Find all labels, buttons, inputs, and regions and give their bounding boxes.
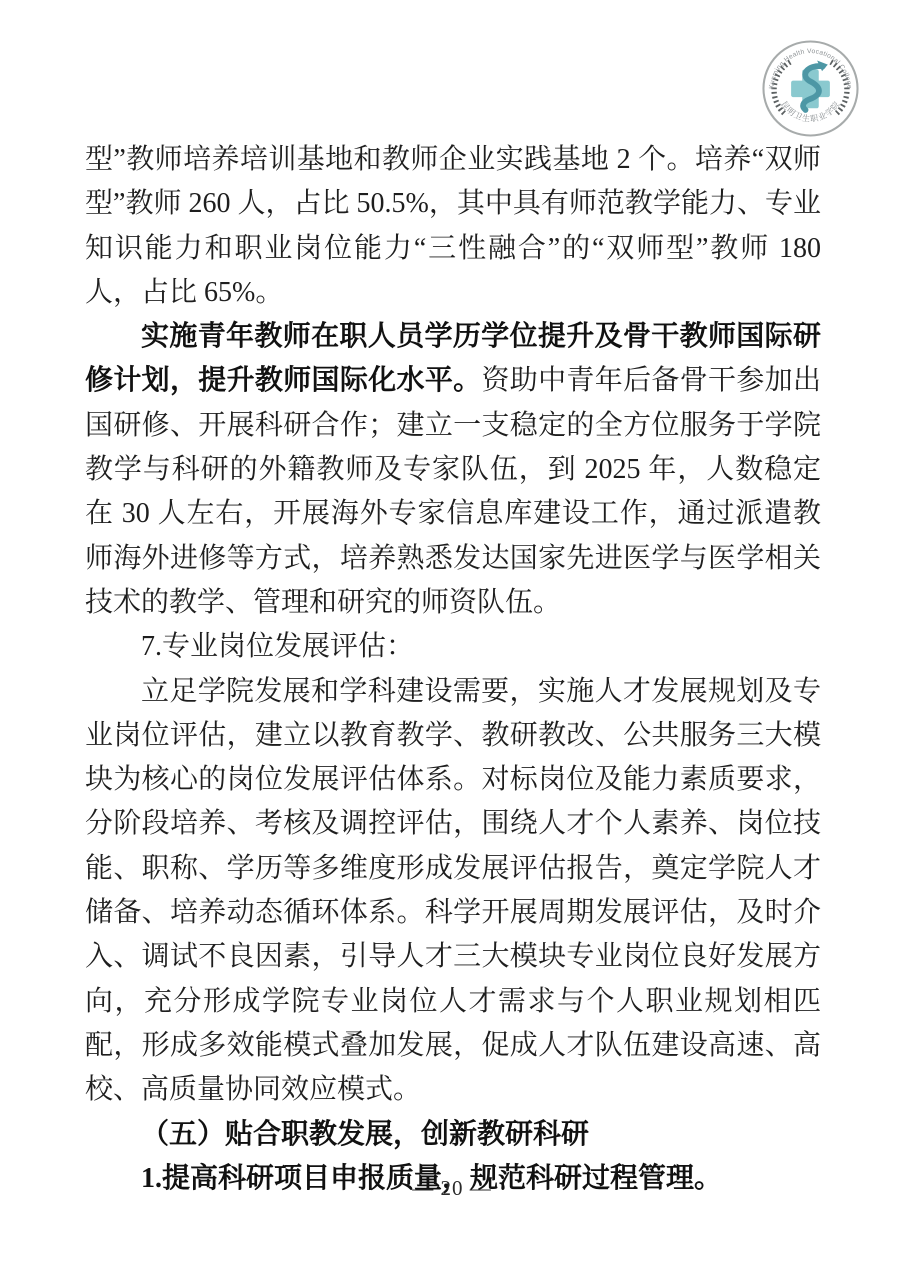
- paragraph-dual-teacher-stats: 型”教师培养培训基地和教师企业实践基地 2 个。培养“双师型”教师 260 人，…: [85, 138, 821, 315]
- document-body: 型”教师培养培训基地和教师企业实践基地 2 个。培养“双师型”教师 260 人，…: [85, 138, 821, 1201]
- heading-post-development-evaluation: 7.专业岗位发展评估：: [85, 625, 821, 669]
- heading-post-development-evaluation-segment: 7.专业岗位发展评估：: [141, 631, 414, 662]
- document-page: Kunming Health Vocational College 昆明卫生职业…: [0, 0, 904, 1280]
- paragraph-post-development-evaluation-segment: 立足学院发展和学科建设需要，实施人才发展规划及专业岗位评估，建立以教育教学、教研…: [85, 676, 821, 1106]
- heading-section-five-bold-segment: （五）贴合职教发展，创新教研科研: [141, 1119, 589, 1150]
- college-logo: Kunming Health Vocational College 昆明卫生职业…: [761, 39, 860, 138]
- heading-section-five: （五）贴合职教发展，创新教研科研: [85, 1113, 821, 1157]
- page-number: — 20 —: [0, 1176, 904, 1201]
- paragraph-post-development-evaluation: 立足学院发展和学科建设需要，实施人才发展规划及专业岗位评估，建立以教育教学、教研…: [85, 670, 821, 1113]
- paragraph-international-training-segment: 资助中青年后备骨干参加出国研修、开展科研合作；建立一支稳定的全方位服务于学院教学…: [85, 365, 821, 617]
- paragraph-international-training: 实施青年教师在职人员学历学位提升及骨干教师国际研修计划，提升教师国际化水平。资助…: [85, 315, 821, 625]
- paragraph-dual-teacher-stats-segment: 型”教师培养培训基地和教师企业实践基地 2 个。培养“双师型”教师 260 人，…: [85, 144, 821, 308]
